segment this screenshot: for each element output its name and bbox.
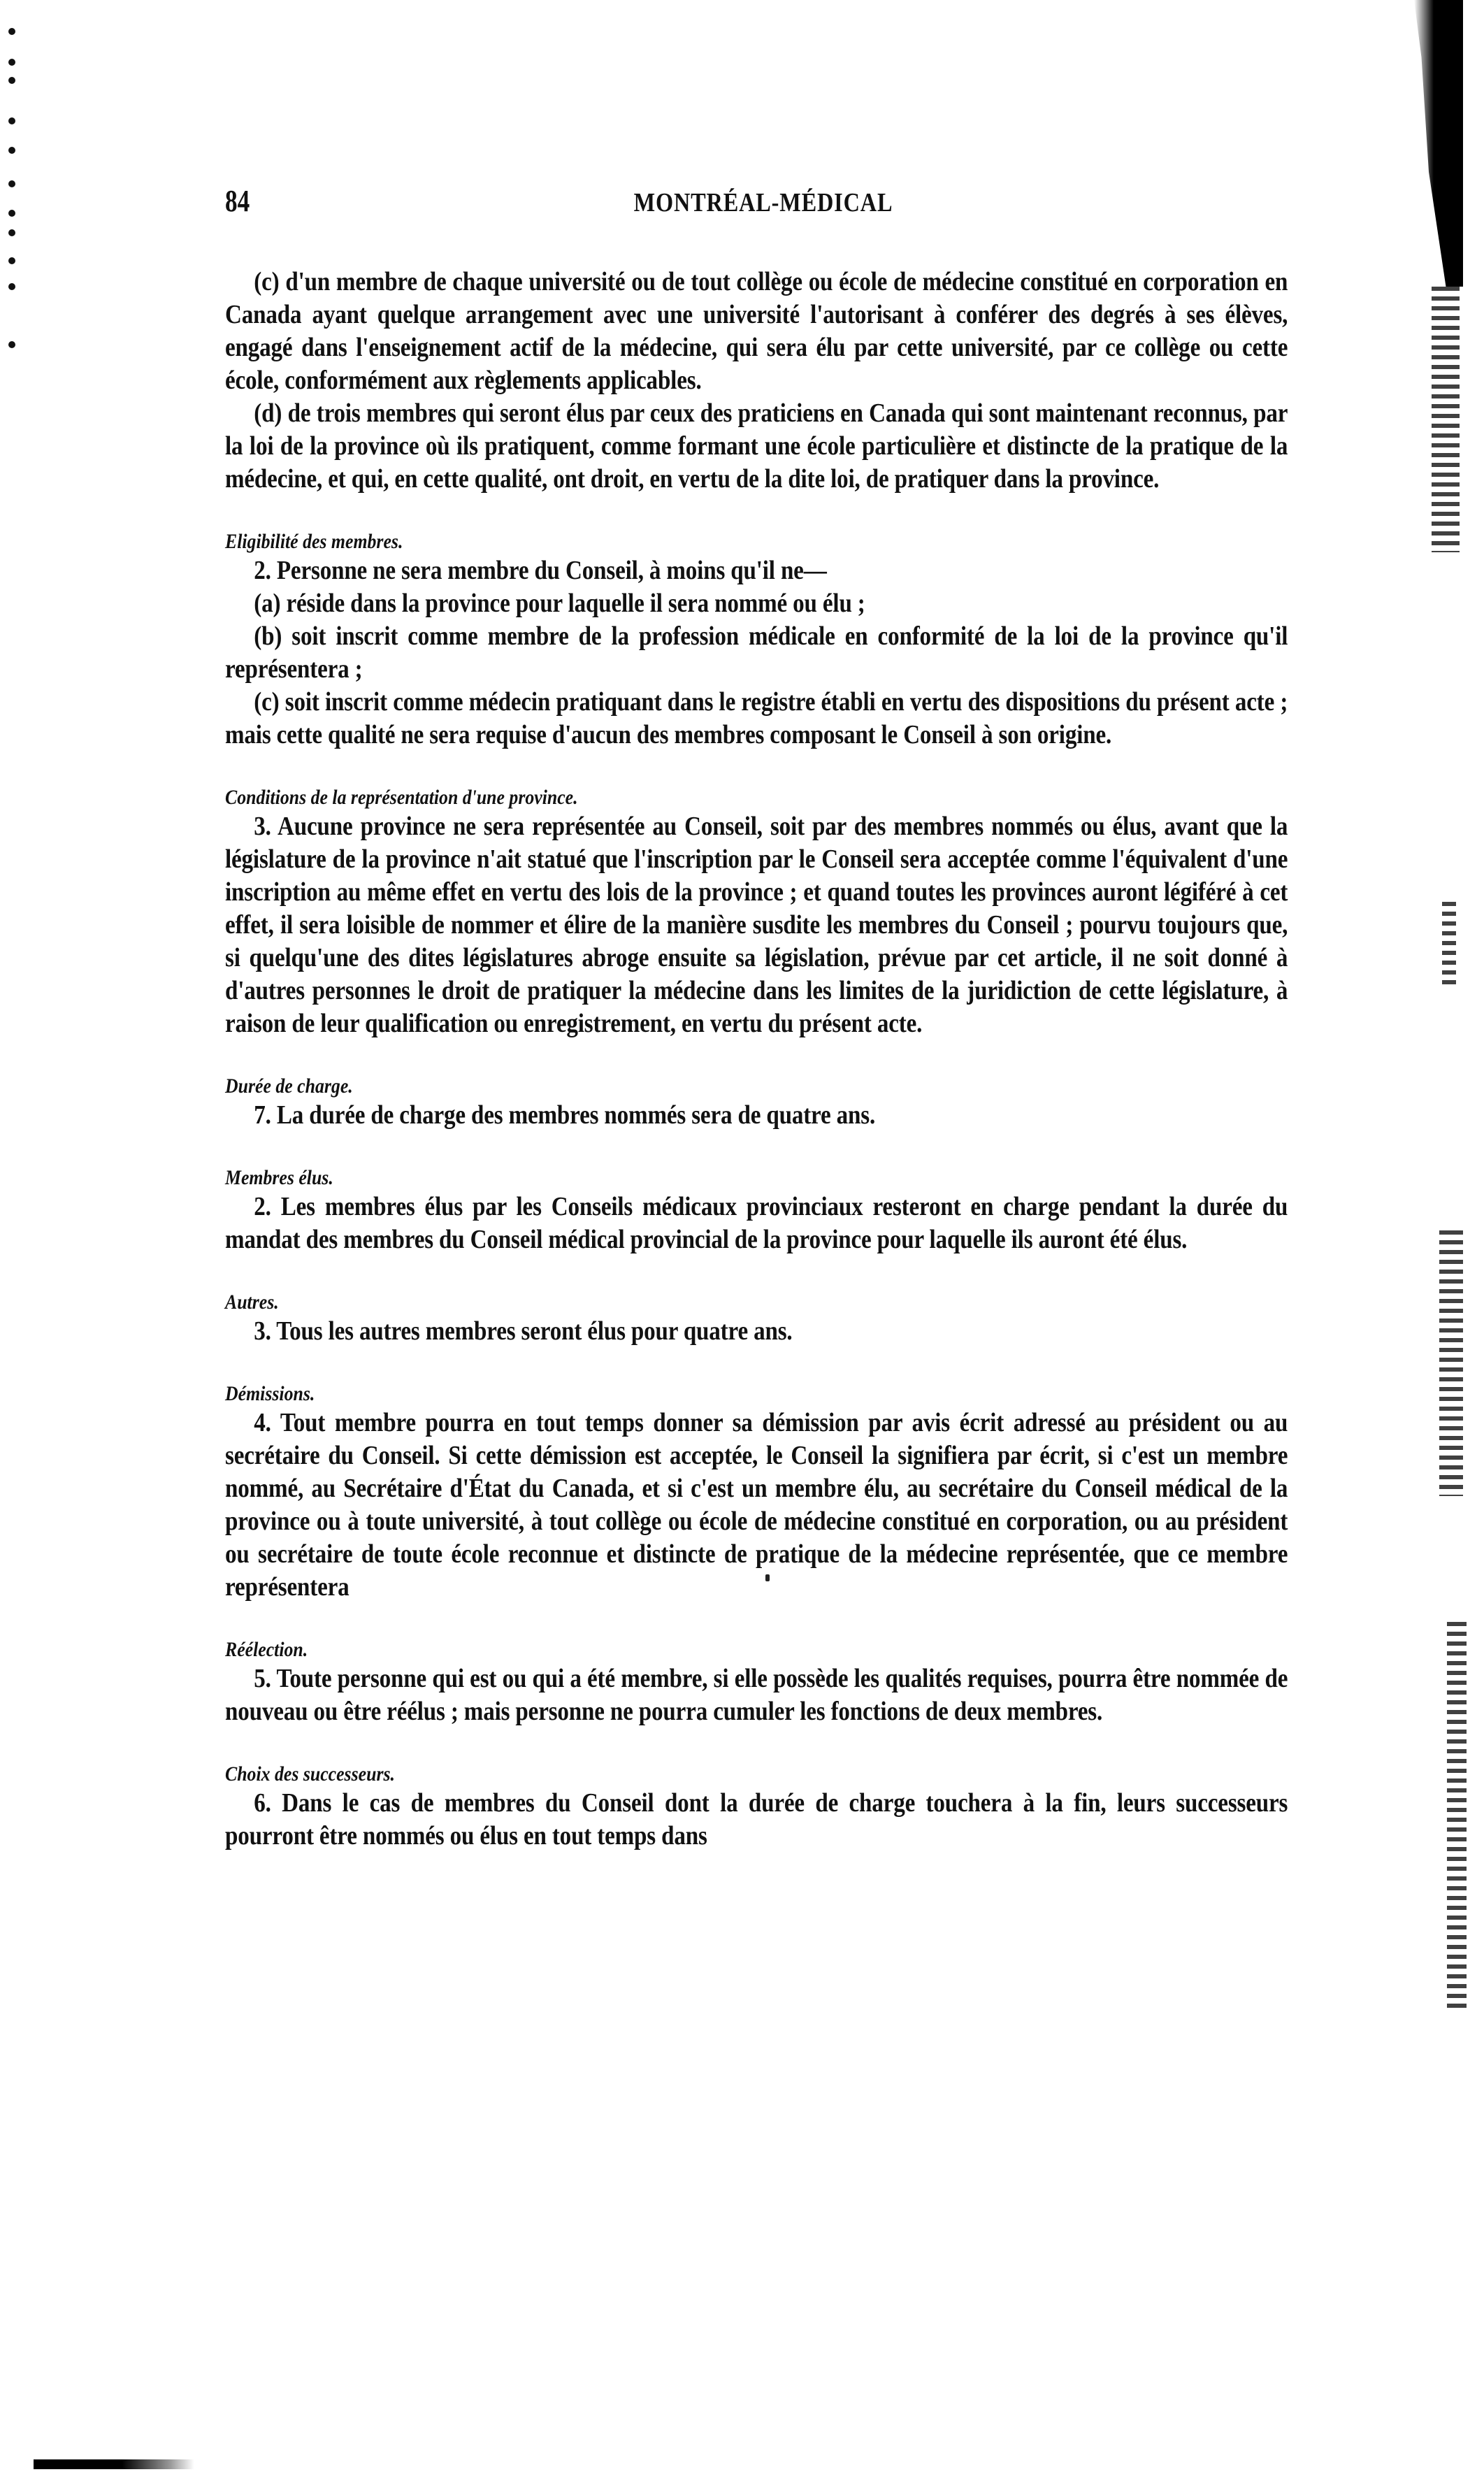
sidenote-conditions: Conditions de la représentation d'une pr…	[225, 785, 1139, 810]
paragraph-2: 2. Personne ne sera membre du Conseil, à…	[225, 554, 1288, 587]
scan-margin-mark	[8, 117, 15, 124]
sidenote-membres-elus: Membres élus.	[225, 1165, 1139, 1191]
paragraph-2b: (b) soit inscrit comme membre de la prof…	[225, 620, 1288, 686]
paragraph-d: (d) de trois membres qui seront élus par…	[225, 397, 1288, 496]
scan-margin-mark	[8, 59, 15, 66]
paragraph-7: 7. La durée de charge des membres nommés…	[225, 1099, 1288, 1132]
scan-margin-mark	[8, 77, 15, 84]
scan-margin-mark	[8, 341, 15, 348]
scan-margin-mark	[8, 283, 15, 290]
sidenote-choix-successeurs: Choix des successeurs.	[225, 1762, 1139, 1787]
scan-margin-mark	[8, 147, 15, 154]
scan-edge-shadow	[1414, 0, 1463, 287]
scan-speck	[765, 1574, 770, 1581]
scan-margin-mark	[8, 28, 15, 35]
sidenote-reelection: Réélection.	[225, 1637, 1139, 1662]
paragraph-3: 3. Aucune province ne sera représentée a…	[225, 810, 1288, 1040]
paragraph-7-2: 2. Les membres élus par les Conseils méd…	[225, 1191, 1288, 1256]
scan-margin-mark	[8, 180, 15, 187]
scan-edge-speckle	[1439, 1230, 1463, 1496]
sidenote-demissions: Démissions.	[225, 1381, 1139, 1407]
paragraph-c: (c) d'un membre de chaque université ou …	[225, 266, 1288, 397]
sidenote-eligibilite: Eligibilité des membres.	[225, 529, 1139, 554]
body-text: (c) d'un membre de chaque université ou …	[225, 266, 1288, 1853]
scan-edge-speckle	[1432, 287, 1460, 552]
scan-edge-speckle	[1447, 1622, 1467, 2013]
sidenote-autres: Autres.	[225, 1290, 1139, 1315]
journal-title: MONTRÉAL-MÉDICAL	[306, 187, 1221, 218]
paragraph-7-5: 5. Toute personne qui est ou qui a été m…	[225, 1662, 1288, 1728]
scan-margin-mark	[8, 210, 15, 217]
sidenote-duree: Durée de charge.	[225, 1074, 1139, 1099]
scanned-page: 84 MONTRÉAL-MÉDICAL (c) d'un membre de c…	[0, 0, 1484, 2472]
running-head: 84 MONTRÉAL-MÉDICAL	[225, 183, 1302, 225]
paragraph-2c: (c) soit inscrit comme médecin pratiquan…	[225, 686, 1288, 752]
paragraph-7-6: 6. Dans le cas de membres du Conseil don…	[225, 1787, 1288, 1853]
scan-margin-mark	[8, 229, 15, 236]
page-number: 84	[225, 183, 250, 219]
paragraph-2a: (a) réside dans la province pour laquell…	[225, 587, 1288, 620]
paragraph-7-3: 3. Tous les autres membres seront élus p…	[225, 1315, 1288, 1348]
scan-margin-mark	[8, 257, 15, 264]
paragraph-7-4: 4. Tout membre pourra en tout temps donn…	[225, 1407, 1288, 1604]
scan-edge-speckle	[1442, 902, 1456, 986]
scan-bottom-bar	[34, 2459, 194, 2469]
